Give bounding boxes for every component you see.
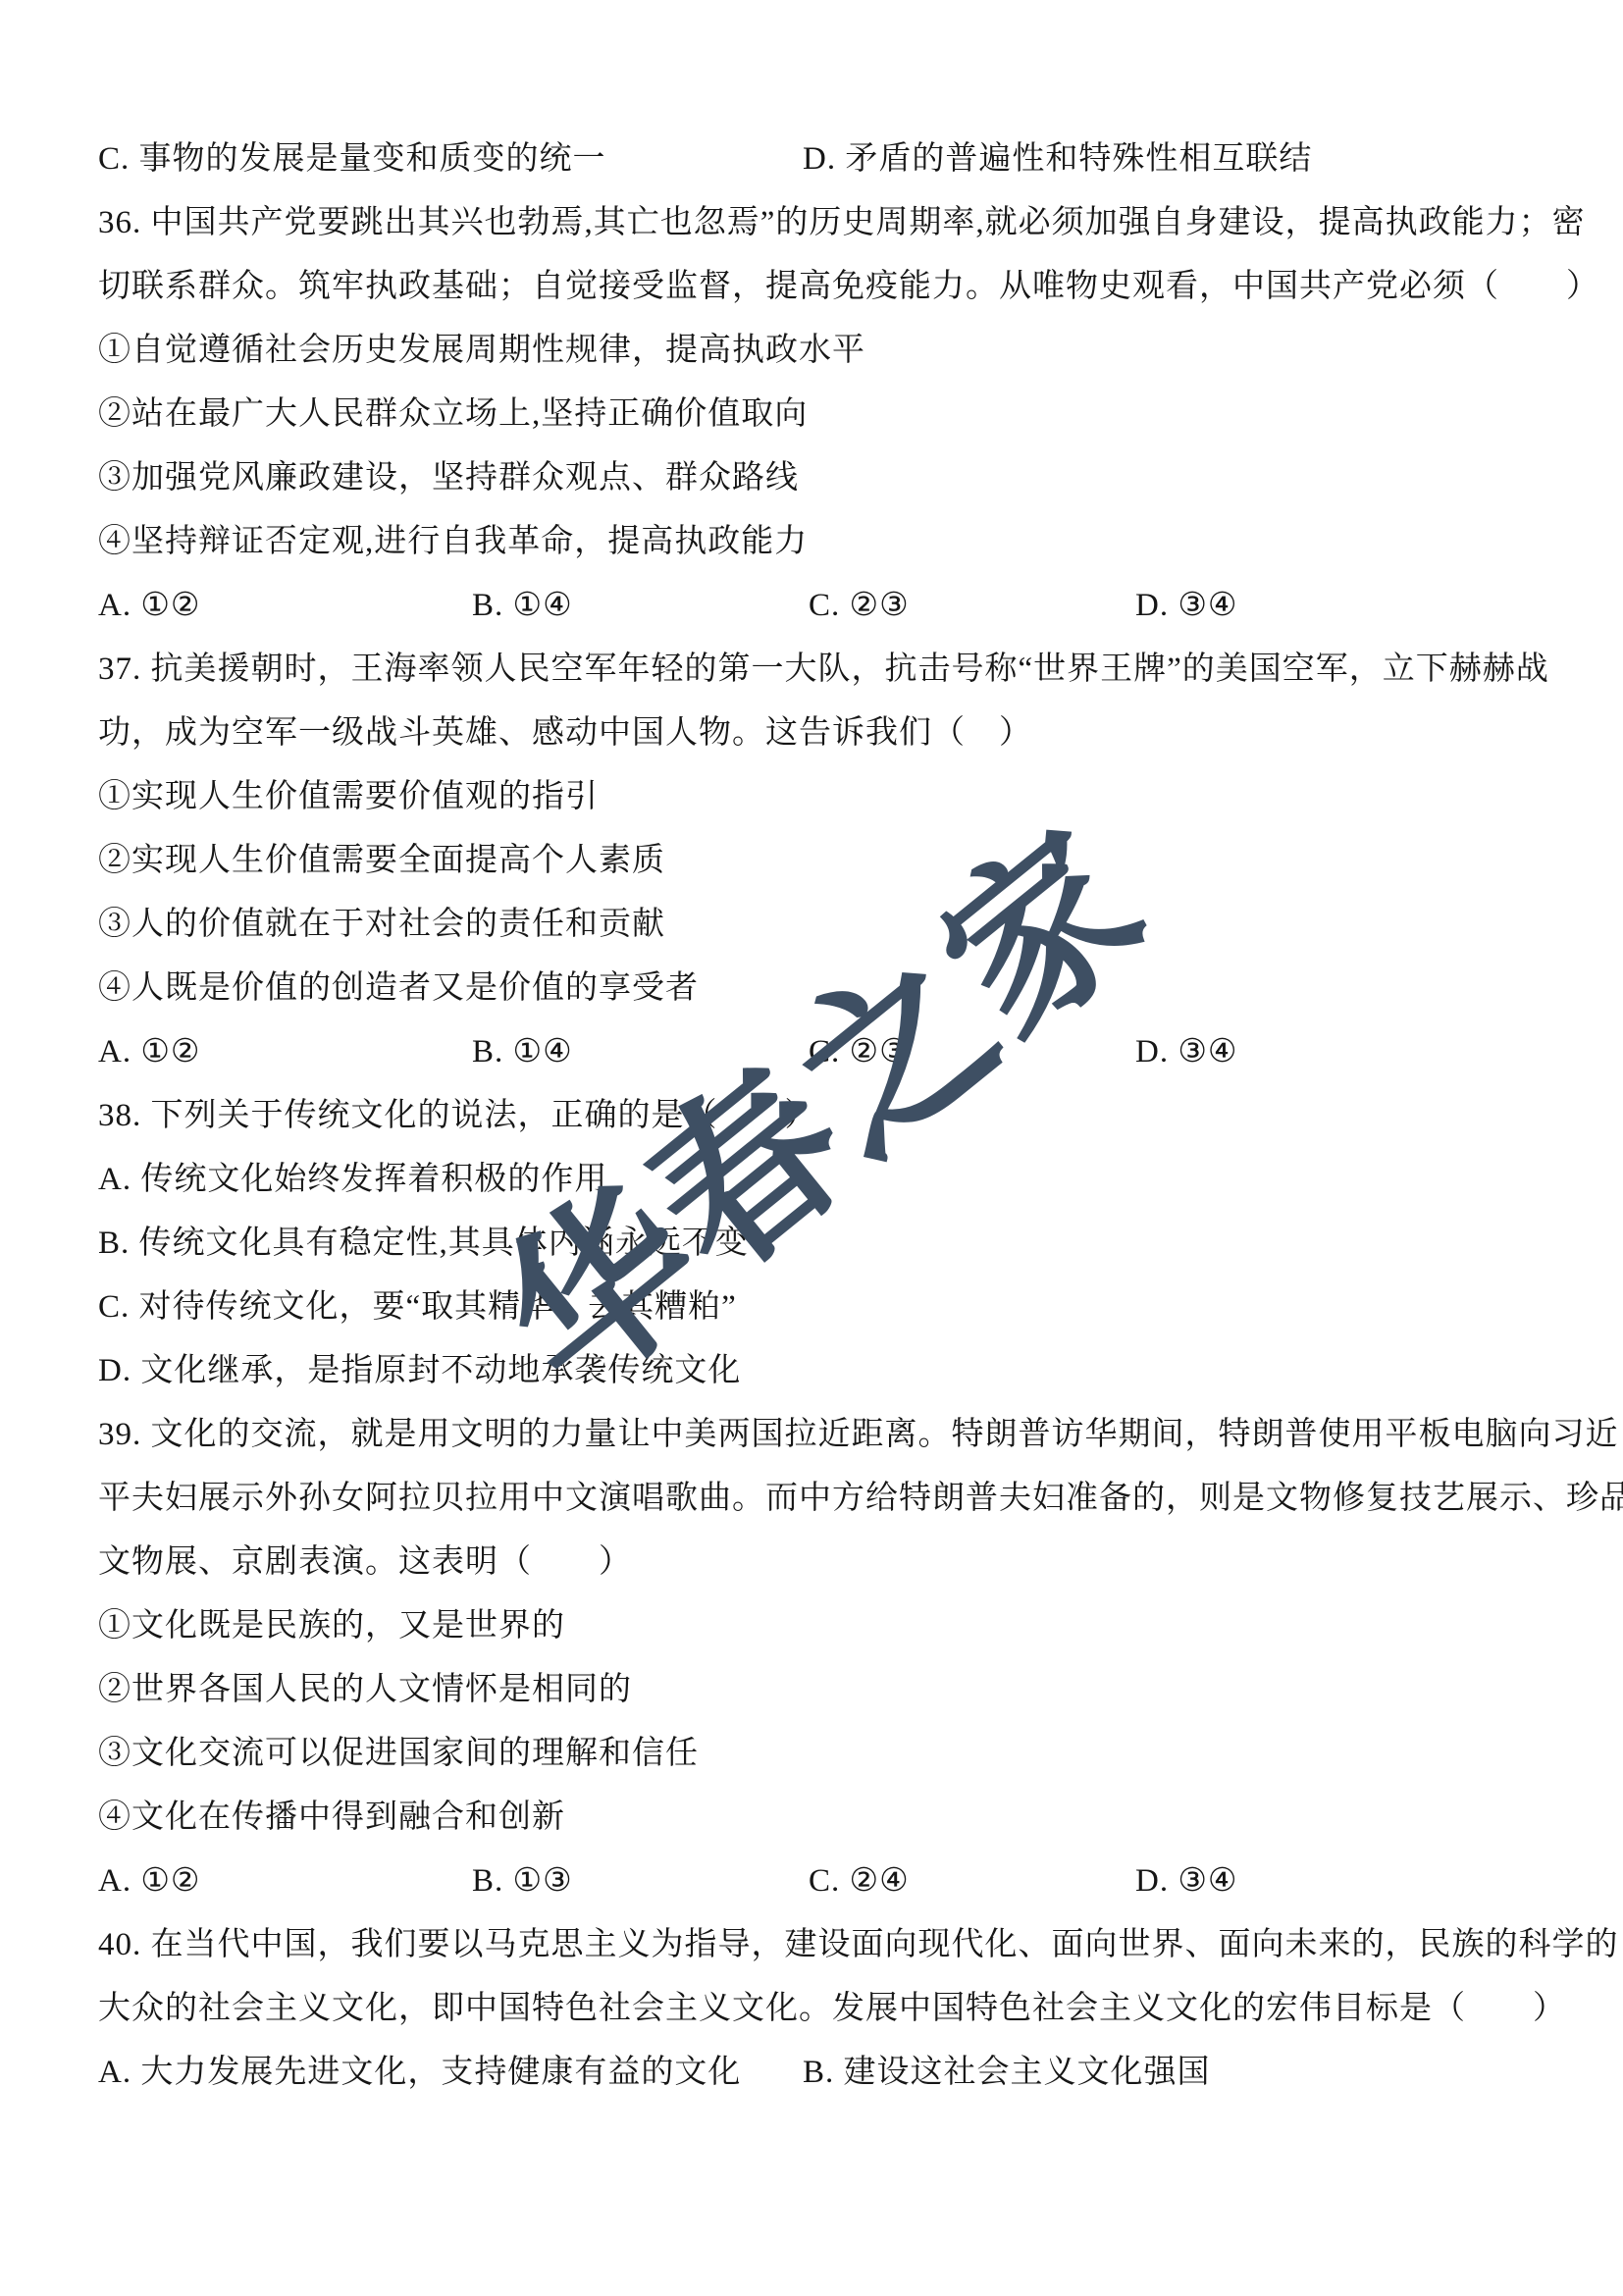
prev-question-options-row: C. 事物的发展是量变和质变的统一 D. 矛盾的普遍性和特殊性相互联结: [98, 128, 1531, 191]
q39-options-row: A. ①② B. ①③ C. ②④ D. ③④: [98, 1850, 1531, 1913]
q40-stem-line-1: 40. 在当代中国，我们要以马克思主义为指导，建设面向现代化、面向世界、面向未来…: [98, 1913, 1531, 1977]
q38-stem-line-1: 38. 下列关于传统文化的说法，正确的是（ ）: [98, 1084, 1531, 1148]
q36-item-1: ①自觉遵循社会历史发展周期性规律，提高执政水平: [98, 319, 1531, 383]
q38-option-c: C. 对待传统文化，要“取其精华、去其糟粕”: [98, 1276, 1531, 1339]
q38-option-a: A. 传统文化始终发挥着积极的作用: [98, 1148, 1531, 1212]
q36-option-b: B. ①④: [472, 574, 573, 638]
q36-item-2: ②站在最广大人民群众立场上,坚持正确价值取向: [98, 383, 1531, 446]
q40-option-b: B. 建设这社会主义文化强国: [803, 2041, 1211, 2105]
q40-options-row: A. 大力发展先进文化，支持健康有益的文化 B. 建设这社会主义文化强国: [98, 2041, 1531, 2105]
q36-option-d: D. ③④: [1135, 574, 1238, 638]
q36-options-row: A. ①② B. ①④ C. ②③ D. ③④: [98, 574, 1531, 638]
q37-option-d: D. ③④: [1135, 1020, 1238, 1084]
prev-option-c: C. 事物的发展是量变和质变的统一: [98, 128, 606, 191]
q36-item-3: ③加强党风廉政建设，坚持群众观点、群众路线: [98, 446, 1531, 510]
q39-item-4: ④文化在传播中得到融合和创新: [98, 1786, 1531, 1850]
q36-stem-line-1: 36. 中国共产党要跳出其兴也勃焉,其亡也忽焉”的历史周期率,就必须加强自身建设…: [98, 191, 1531, 255]
q37-option-c: C. ②③: [809, 1020, 910, 1084]
q36-stem-line-2: 切联系群众。筑牢执政基础；自觉接受监督，提高免疫能力。从唯物史观看，中国共产党必…: [98, 255, 1531, 319]
exam-document-page: C. 事物的发展是量变和质变的统一 D. 矛盾的普遍性和特殊性相互联结 36. …: [0, 0, 1623, 2296]
q38-option-d: D. 文化继承，是指原封不动地承袭传统文化: [98, 1339, 1531, 1403]
q36-item-4: ④坚持辩证否定观,进行自我革命，提高执政能力: [98, 510, 1531, 574]
q38-option-b: B. 传统文化具有稳定性,其具体内涵永远不变: [98, 1212, 1531, 1276]
q37-options-row: A. ①② B. ①④ C. ②③ D. ③④: [98, 1020, 1531, 1084]
q39-option-d: D. ③④: [1135, 1850, 1238, 1913]
q36-option-a: A. ①②: [98, 574, 201, 638]
q37-item-1: ①实现人生价值需要价值观的指引: [98, 765, 1531, 829]
prev-option-d: D. 矛盾的普遍性和特殊性相互联结: [803, 128, 1312, 191]
q39-option-b: B. ①③: [472, 1850, 573, 1913]
q37-option-a: A. ①②: [98, 1020, 201, 1084]
q39-item-2: ②世界各国人民的人文情怀是相同的: [98, 1658, 1531, 1722]
q37-option-b: B. ①④: [472, 1020, 573, 1084]
q39-option-c: C. ②④: [809, 1850, 910, 1913]
q37-stem-line-1: 37. 抗美援朝时，王海率领人民空军年轻的第一大队，抗击号称“世界王牌”的美国空…: [98, 638, 1531, 702]
q39-item-1: ①文化既是民族的，又是世界的: [98, 1594, 1531, 1658]
q39-stem-line-1: 39. 文化的交流，就是用文明的力量让中美两国拉近距离。特朗普访华期间，特朗普使…: [98, 1403, 1531, 1467]
q37-item-4: ④人既是价值的创造者又是价值的享受者: [98, 957, 1531, 1020]
q39-item-3: ③文化交流可以促进国家间的理解和信任: [98, 1722, 1531, 1786]
q37-stem-line-2: 功，成为空军一级战斗英雄、感动中国人物。这告诉我们（ ）: [98, 702, 1531, 765]
question-list: C. 事物的发展是量变和质变的统一 D. 矛盾的普遍性和特殊性相互联结 36. …: [98, 128, 1531, 2105]
q39-option-a: A. ①②: [98, 1850, 201, 1913]
q37-item-2: ②实现人生价值需要全面提高个人素质: [98, 829, 1531, 893]
q40-option-a: A. 大力发展先进文化，支持健康有益的文化: [98, 2041, 741, 2105]
q39-stem-line-2: 平夫妇展示外孙女阿拉贝拉用中文演唱歌曲。而中方给特朗普夫妇准备的，则是文物修复技…: [98, 1467, 1531, 1531]
q37-item-3: ③人的价值就在于对社会的责任和贡献: [98, 893, 1531, 957]
q40-stem-line-2: 大众的社会主义文化，即中国特色社会主义文化。发展中国特色社会主义文化的宏伟目标是…: [98, 1977, 1531, 2041]
q36-option-c: C. ②③: [809, 574, 910, 638]
q39-stem-line-3: 文物展、京剧表演。这表明（ ）: [98, 1531, 1531, 1594]
